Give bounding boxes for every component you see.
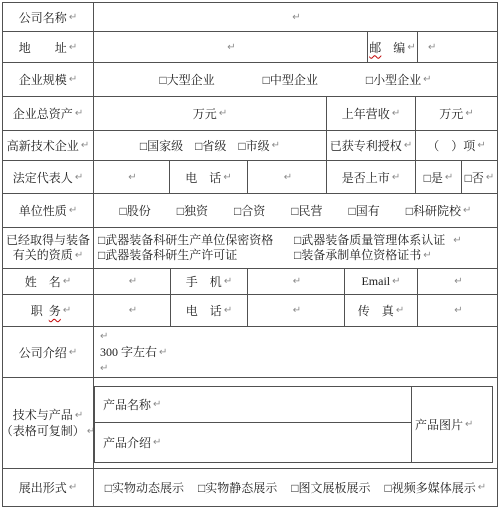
checkbox-video-multimedia-label: □视频多媒体展示 (385, 479, 476, 496)
row-unit-nature: 单位性质 ↵ □股份 □独资 □合资 □民营 □国有 □科研院校↵ (3, 194, 497, 228)
checkbox-state-owned[interactable]: □国有 (349, 202, 380, 219)
postal-code-label-part1: 邮 (369, 39, 381, 56)
legal-rep-phone-input[interactable]: ↵ (248, 161, 327, 193)
paragraph-mark: ↵ (293, 305, 301, 316)
fax-label: 传 真 (358, 302, 394, 319)
checkbox-video-multimedia[interactable]: □视频多媒体展示↵ (385, 479, 487, 496)
hightech-label-cell: 高新技术企业 ↵ (3, 131, 94, 160)
paragraph-mark: ↵ (81, 140, 89, 151)
paragraph-mark: ↵ (453, 233, 461, 248)
company-intro-label-cell: 公司介绍 ↵ (3, 327, 94, 377)
row-company-name: 公司名称 ↵ ↵ (3, 3, 497, 32)
paragraph-mark: ↵ (227, 42, 235, 53)
address-label-cell: 地 址 ↵ (3, 32, 94, 62)
checkbox-listed-no[interactable]: □否 ↵ (462, 161, 497, 193)
address-input[interactable]: ↵ (94, 32, 368, 62)
product-name-label: 产品名称 (103, 396, 151, 413)
checkbox-physical-dynamic[interactable]: □实物动态展示 (105, 479, 184, 496)
checkbox-large-enterprise[interactable]: □大型企业 (159, 71, 214, 88)
row-contact-title: 职 务 ↵ ↵ 电 话 ↵ ↵ 传 真 ↵ ↵ (3, 295, 497, 327)
checkbox-physical-static[interactable]: □实物静态展示 (198, 479, 277, 496)
qualifications-label-cell: 已经取得与装备 有关的资质↵ (3, 228, 94, 268)
row-total-assets: 企业总资产 ↵ 万元 ↵ 上年营收 ↵ 万元 ↵ (3, 97, 497, 131)
paragraph-mark: ↵ (69, 482, 77, 493)
checkbox-secrecy-qualification[interactable]: □武器装备科研生产单位保密资格 (98, 233, 294, 248)
paragraph-mark: ↵ (224, 276, 232, 287)
checkbox-private[interactable]: □民营 (291, 202, 322, 219)
job-title-label-cell: 职 务 ↵ (3, 295, 94, 326)
contact-name-label: 姓 名 (25, 273, 61, 290)
patent-label-cell: 已获专利授权 ↵ (327, 131, 416, 160)
row-contact-name: 姓 名 ↵ ↵ 手 机 ↵ ↵ Email ↵ ↵ (3, 269, 497, 295)
paragraph-mark: ↵ (423, 248, 431, 263)
total-assets-label-cell: 企业总资产 ↵ (3, 97, 94, 130)
checkbox-national-level[interactable]: □国家级 (140, 137, 183, 154)
job-title-label-part1: 职 (25, 302, 49, 319)
checkbox-shareholding[interactable]: □股份 (120, 202, 151, 219)
tech-products-label-line1: 技术与产品 (13, 408, 73, 423)
listed-label: 是否上市 (342, 169, 390, 186)
display-form-label: 展出形式 (19, 479, 67, 496)
qualifications-label-line1: 已经取得与装备 (6, 233, 90, 248)
fax-label-cell: 传 真 ↵ (345, 295, 418, 326)
company-intro-input[interactable]: ↵ 300 字左右↵ ↵ (94, 327, 497, 377)
checkbox-municipal-level-label: □市级 (238, 137, 269, 154)
registration-form-table: 公司名称 ↵ ↵ 地 址 ↵ ↵ 邮 编 ↵ ↵ 企业规模 ↵ □大型企业 (2, 2, 498, 507)
unit-nature-label-cell: 单位性质 ↵ (3, 194, 94, 227)
hightech-options: □国家级 □省级 □市级↵ (94, 131, 327, 160)
revenue-label-cell: 上年营收 ↵ (327, 97, 416, 130)
product-intro-input[interactable]: 产品介绍 ↵ (95, 423, 411, 462)
paragraph-mark: ↵ (407, 42, 415, 53)
phone-input[interactable]: ↵ (248, 295, 345, 326)
company-name-label: 公司名称 (19, 9, 67, 26)
total-assets-label: 企业总资产 (13, 105, 73, 122)
product-subtable-left: 产品名称 ↵ 产品介绍 ↵ (95, 387, 411, 462)
paragraph-mark: ↵ (292, 12, 300, 23)
paragraph-mark: ↵ (69, 74, 77, 85)
checkbox-listed-yes-label: □是 (424, 169, 443, 186)
postal-code-label-part2: 编 (381, 39, 405, 56)
checkbox-production-license[interactable]: □武器装备科研生产许可证 (98, 248, 294, 263)
company-intro-hint: 300 字左右 (100, 345, 157, 360)
paragraph-mark: ↵ (392, 276, 400, 287)
paragraph-mark: ↵ (69, 12, 77, 23)
company-name-label-cell: 公司名称 ↵ (3, 3, 94, 31)
company-name-input[interactable]: ↵ (94, 3, 497, 31)
paragraph-mark: ↵ (392, 172, 400, 183)
contact-name-input[interactable]: ↵ (94, 269, 171, 294)
paragraph-mark: ↵ (477, 140, 485, 151)
job-title-label-part2: 务 (49, 302, 61, 319)
paragraph-mark: ↵ (159, 345, 167, 360)
total-assets-input[interactable]: 万元 ↵ (94, 97, 327, 130)
checkbox-provincial-level[interactable]: □省级 (195, 137, 226, 154)
company-intro-label: 公司介绍 (19, 344, 67, 361)
checkbox-listed-no-label: □否 (465, 169, 484, 186)
email-label-cell: Email ↵ (345, 269, 418, 294)
product-subtable: 产品名称 ↵ 产品介绍 ↵ 产品图片 ↵ (94, 386, 493, 463)
hightech-label: 高新技术企业 (7, 137, 79, 154)
phone-label: 电 话 (186, 302, 222, 319)
paragraph-mark: ↵ (69, 42, 77, 53)
revenue-label: 上年营收 (342, 105, 390, 122)
tech-products-label-line2: （表格可复制） (3, 424, 85, 439)
checkbox-sole-proprietorship[interactable]: □独资 (177, 202, 208, 219)
paragraph-mark: ↵ (454, 276, 462, 287)
paragraph-mark: ↵ (465, 419, 473, 430)
paragraph-mark: ↵ (75, 108, 83, 119)
paragraph-mark: ↵ (219, 108, 227, 119)
revenue-input[interactable]: 万元 ↵ (416, 97, 497, 130)
checkbox-research-institute-label: □科研院校 (406, 202, 461, 219)
tech-products-label-cell: 技术与产品↵ （表格可复制）↵ (3, 378, 94, 468)
checkbox-graphic-panel[interactable]: □图文展板展示 (291, 479, 370, 496)
unit-nature-options: □股份 □独资 □合资 □民营 □国有 □科研院校↵ (94, 194, 497, 227)
postal-code-label-cell: 邮 编 ↵ (368, 32, 418, 62)
legal-rep-phone-label-cell: 电 话 ↵ (170, 161, 248, 193)
paragraph-mark: ↵ (486, 172, 494, 183)
paragraph-mark: ↵ (100, 329, 108, 344)
paragraph-mark: ↵ (75, 172, 83, 183)
unit-nature-label: 单位性质 (19, 202, 67, 219)
revenue-unit: 万元 (439, 105, 463, 122)
checkbox-listed-yes[interactable]: □是 ↵ (416, 161, 462, 193)
legal-rep-label: 法定代表人 (13, 169, 73, 186)
paragraph-mark: ↵ (129, 305, 137, 316)
paragraph-mark: ↵ (224, 305, 232, 316)
row-hightech: 高新技术企业 ↵ □国家级 □省级 □市级↵ 已获专利授权 ↵ （ ）项 ↵ (3, 131, 497, 161)
display-form-options: □实物动态展示 □实物静态展示 □图文展板展示 □视频多媒体展示↵ (94, 469, 497, 506)
paragraph-mark: ↵ (478, 482, 486, 493)
product-image-label: 产品图片 (415, 416, 463, 433)
checkbox-municipal-level[interactable]: □市级↵ (238, 137, 280, 154)
product-intro-label: 产品介绍 (103, 434, 151, 451)
paragraph-mark: ↵ (87, 424, 94, 439)
paragraph-mark: ↵ (223, 172, 231, 183)
paragraph-mark: ↵ (100, 361, 108, 376)
paragraph-mark: ↵ (465, 108, 473, 119)
qualifications-label-line2: 有关的资质 (13, 248, 73, 263)
paragraph-mark: ↵ (272, 140, 280, 151)
row-enterprise-scale: 企业规模 ↵ □大型企业 □中型企业 □小型企业↵ (3, 63, 497, 97)
fax-input[interactable]: ↵ (418, 295, 497, 326)
enterprise-scale-label: 企业规模 (19, 71, 67, 88)
row-tech-products: 技术与产品↵ （表格可复制）↵ 产品名称 ↵ 产品介绍 ↵ 产品图片 ↵ (3, 378, 497, 469)
paragraph-mark: ↵ (428, 42, 436, 53)
address-label: 地 址 (19, 39, 67, 56)
paragraph-mark: ↵ (129, 276, 137, 287)
listed-label-cell: 是否上市 ↵ (327, 161, 416, 193)
job-title-input[interactable]: ↵ (94, 295, 171, 326)
qualifications-options: □武器装备科研生产单位保密资格 □武器装备质量管理体系认证 ↵ □武器装备科研生… (94, 228, 497, 268)
phone-label-cell: 电 话 ↵ (171, 295, 248, 326)
row-address: 地 址 ↵ ↵ 邮 编 ↵ ↵ (3, 32, 497, 63)
legal-rep-phone-label: 电 话 (185, 169, 221, 186)
patent-label: 已获专利授权 (330, 137, 402, 154)
checkbox-quality-certification[interactable]: □武器装备质量管理体系认证 (294, 233, 445, 248)
paragraph-mark: ↵ (75, 408, 83, 423)
checkbox-joint-venture[interactable]: □合资 (234, 202, 265, 219)
enterprise-scale-label-cell: 企业规模 ↵ (3, 63, 94, 96)
postal-code-input[interactable]: ↵ (418, 32, 497, 62)
total-assets-unit: 万元 (193, 105, 217, 122)
email-label: Email (361, 274, 390, 289)
enterprise-scale-options: □大型企业 □中型企业 □小型企业↵ (94, 63, 497, 96)
paragraph-mark: ↵ (392, 108, 400, 119)
mobile-label-cell: 手 机 ↵ (171, 269, 248, 294)
row-legal-rep: 法定代表人 ↵ ↵ 电 话 ↵ ↵ 是否上市 ↵ □是 ↵ □否 ↵ (3, 161, 497, 194)
paragraph-mark: ↵ (463, 205, 471, 216)
legal-rep-input[interactable]: ↵ (94, 161, 170, 193)
paragraph-mark: ↵ (396, 305, 404, 316)
checkbox-medium-enterprise[interactable]: □中型企业 (263, 71, 318, 88)
paragraph-mark: ↵ (128, 172, 136, 183)
paragraph-mark: ↵ (63, 305, 71, 316)
product-image-input[interactable]: 产品图片 ↵ (411, 387, 492, 462)
mobile-input[interactable]: ↵ (248, 269, 345, 294)
contact-name-label-cell: 姓 名 ↵ (3, 269, 94, 294)
checkbox-small-enterprise[interactable]: □小型企业↵ (366, 71, 432, 88)
paragraph-mark: ↵ (404, 140, 412, 151)
paragraph-mark: ↵ (69, 347, 77, 358)
paragraph-mark: ↵ (423, 74, 431, 85)
row-qualifications: 已经取得与装备 有关的资质↵ □武器装备科研生产单位保密资格 □武器装备质量管理… (3, 228, 497, 269)
checkbox-small-enterprise-label: □小型企业 (366, 71, 421, 88)
patent-count-slots: （ ）项 (427, 137, 475, 154)
patent-count-input[interactable]: （ ）项 ↵ (416, 131, 497, 160)
row-company-intro: 公司介绍 ↵ ↵ 300 字左右↵ ↵ (3, 327, 497, 378)
legal-rep-label-cell: 法定代表人 ↵ (3, 161, 94, 193)
paragraph-mark: ↵ (284, 172, 292, 183)
email-input[interactable]: ↵ (418, 269, 497, 294)
mobile-label: 手 机 (186, 273, 222, 290)
product-name-input[interactable]: 产品名称 ↵ (95, 387, 411, 423)
paragraph-mark: ↵ (69, 205, 77, 216)
paragraph-mark: ↵ (454, 305, 462, 316)
tech-products-content: 产品名称 ↵ 产品介绍 ↵ 产品图片 ↵ (94, 378, 497, 468)
paragraph-mark: ↵ (153, 399, 161, 410)
paragraph-mark: ↵ (153, 437, 161, 448)
checkbox-contractor-certificate[interactable]: □装备承制单位资格证书 (294, 248, 421, 263)
paragraph-mark: ↵ (445, 172, 453, 183)
paragraph-mark: ↵ (293, 276, 301, 287)
paragraph-mark: ↵ (75, 248, 83, 263)
checkbox-research-institute[interactable]: □科研院校↵ (406, 202, 472, 219)
row-display-form: 展出形式 ↵ □实物动态展示 □实物静态展示 □图文展板展示 □视频多媒体展示↵ (3, 469, 497, 506)
paragraph-mark: ↵ (63, 276, 71, 287)
display-form-label-cell: 展出形式 ↵ (3, 469, 94, 506)
